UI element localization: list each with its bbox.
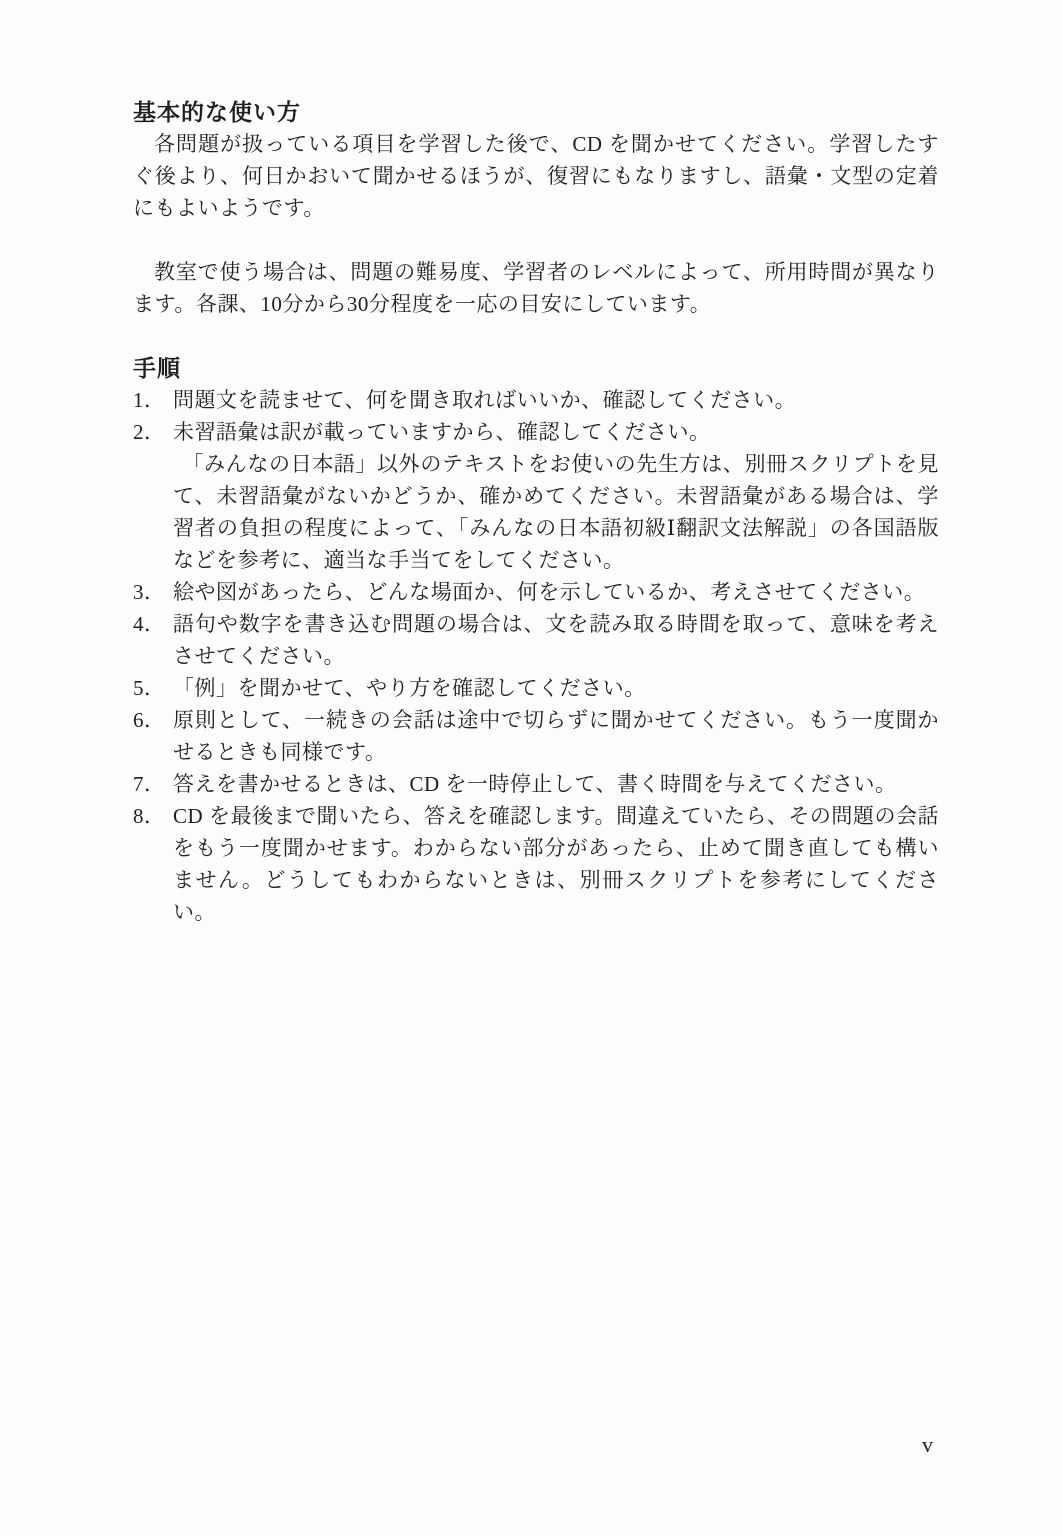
procedure-step-3: 3． 絵や図があったら、どんな場面か、何を示しているか、考えさせてください。	[133, 576, 939, 608]
step-number: 2．	[133, 416, 173, 448]
page-content: 基本的な使い方 各問題が扱っている項目を学習した後で、CD を聞かせてください。…	[133, 96, 939, 928]
procedure-step-4: 4． 語句や数字を書き込む問題の場合は、文を読み取る時間を取って、意味を考えさせ…	[133, 608, 939, 672]
procedure-step-list: 1． 問題文を読ませて、何を聞き取ればいいか、確認してください。 2． 未習語彙…	[133, 384, 939, 928]
procedure-step-2: 2． 未習語彙は訳が載っていますから、確認してください。 「みんなの日本語」以外…	[133, 416, 939, 576]
step-number: 6．	[133, 704, 173, 736]
procedure-step-5: 5． 「例」を聞かせて、やり方を確認してください。	[133, 672, 939, 704]
document-page: 基本的な使い方 各問題が扱っている項目を学習した後で、CD を聞かせてください。…	[0, 0, 1063, 1536]
procedure-step-8: 8． CD を最後まで聞いたら、答えを確認します。間違えていたら、その問題の会話…	[133, 800, 939, 928]
step-text: 絵や図があったら、どんな場面か、何を示しているか、考えさせてください。	[173, 576, 939, 608]
step-text: CD を最後まで聞いたら、答えを確認します。間違えていたら、その問題の会話をもう…	[173, 800, 939, 928]
basic-usage-paragraph-2: 教室で使う場合は、問題の難易度、学習者のレベルによって、所用時間が異なります。各…	[133, 256, 939, 320]
procedure-step-6: 6． 原則として、一続きの会話は途中で切らずに聞かせてください。もう一度聞かせる…	[133, 704, 939, 768]
section-basic-usage: 基本的な使い方 各問題が扱っている項目を学習した後で、CD を聞かせてください。…	[133, 96, 939, 320]
step-number: 3．	[133, 576, 173, 608]
step-number: 7．	[133, 768, 173, 800]
page-number: v	[922, 1432, 933, 1458]
section-procedure: 手順 1． 問題文を読ませて、何を聞き取ればいいか、確認してください。 2． 未…	[133, 352, 939, 928]
step-text: 未習語彙は訳が載っていますから、確認してください。	[173, 416, 939, 448]
step-text: 原則として、一続きの会話は途中で切らずに聞かせてください。もう一度聞かせるときも…	[173, 704, 939, 768]
step-note: 「みんなの日本語」以外のテキストをお使いの先生方は、別冊スクリプトを見て、未習語…	[173, 448, 939, 576]
step-text: 答えを書かせるときは、CD を一時停止して、書く時間を与えてください。	[173, 768, 939, 800]
basic-usage-paragraph-1: 各問題が扱っている項目を学習した後で、CD を聞かせてください。学習したすぐ後よ…	[133, 128, 939, 224]
procedure-step-1: 1． 問題文を読ませて、何を聞き取ればいいか、確認してください。	[133, 384, 939, 416]
step-number: 4．	[133, 608, 173, 640]
step-text: 「例」を聞かせて、やり方を確認してください。	[173, 672, 939, 704]
section-gap	[133, 320, 939, 352]
step-number: 5．	[133, 672, 173, 704]
procedure-step-7: 7． 答えを書かせるときは、CD を一時停止して、書く時間を与えてください。	[133, 768, 939, 800]
section-heading-basic-usage: 基本的な使い方	[133, 96, 939, 128]
step-text: 語句や数字を書き込む問題の場合は、文を読み取る時間を取って、意味を考えさせてくだ…	[173, 608, 939, 672]
step-number: 1．	[133, 384, 173, 416]
section-heading-procedure: 手順	[133, 352, 939, 384]
step-text: 問題文を読ませて、何を聞き取ればいいか、確認してください。	[173, 384, 939, 416]
step-number: 8．	[133, 800, 173, 832]
